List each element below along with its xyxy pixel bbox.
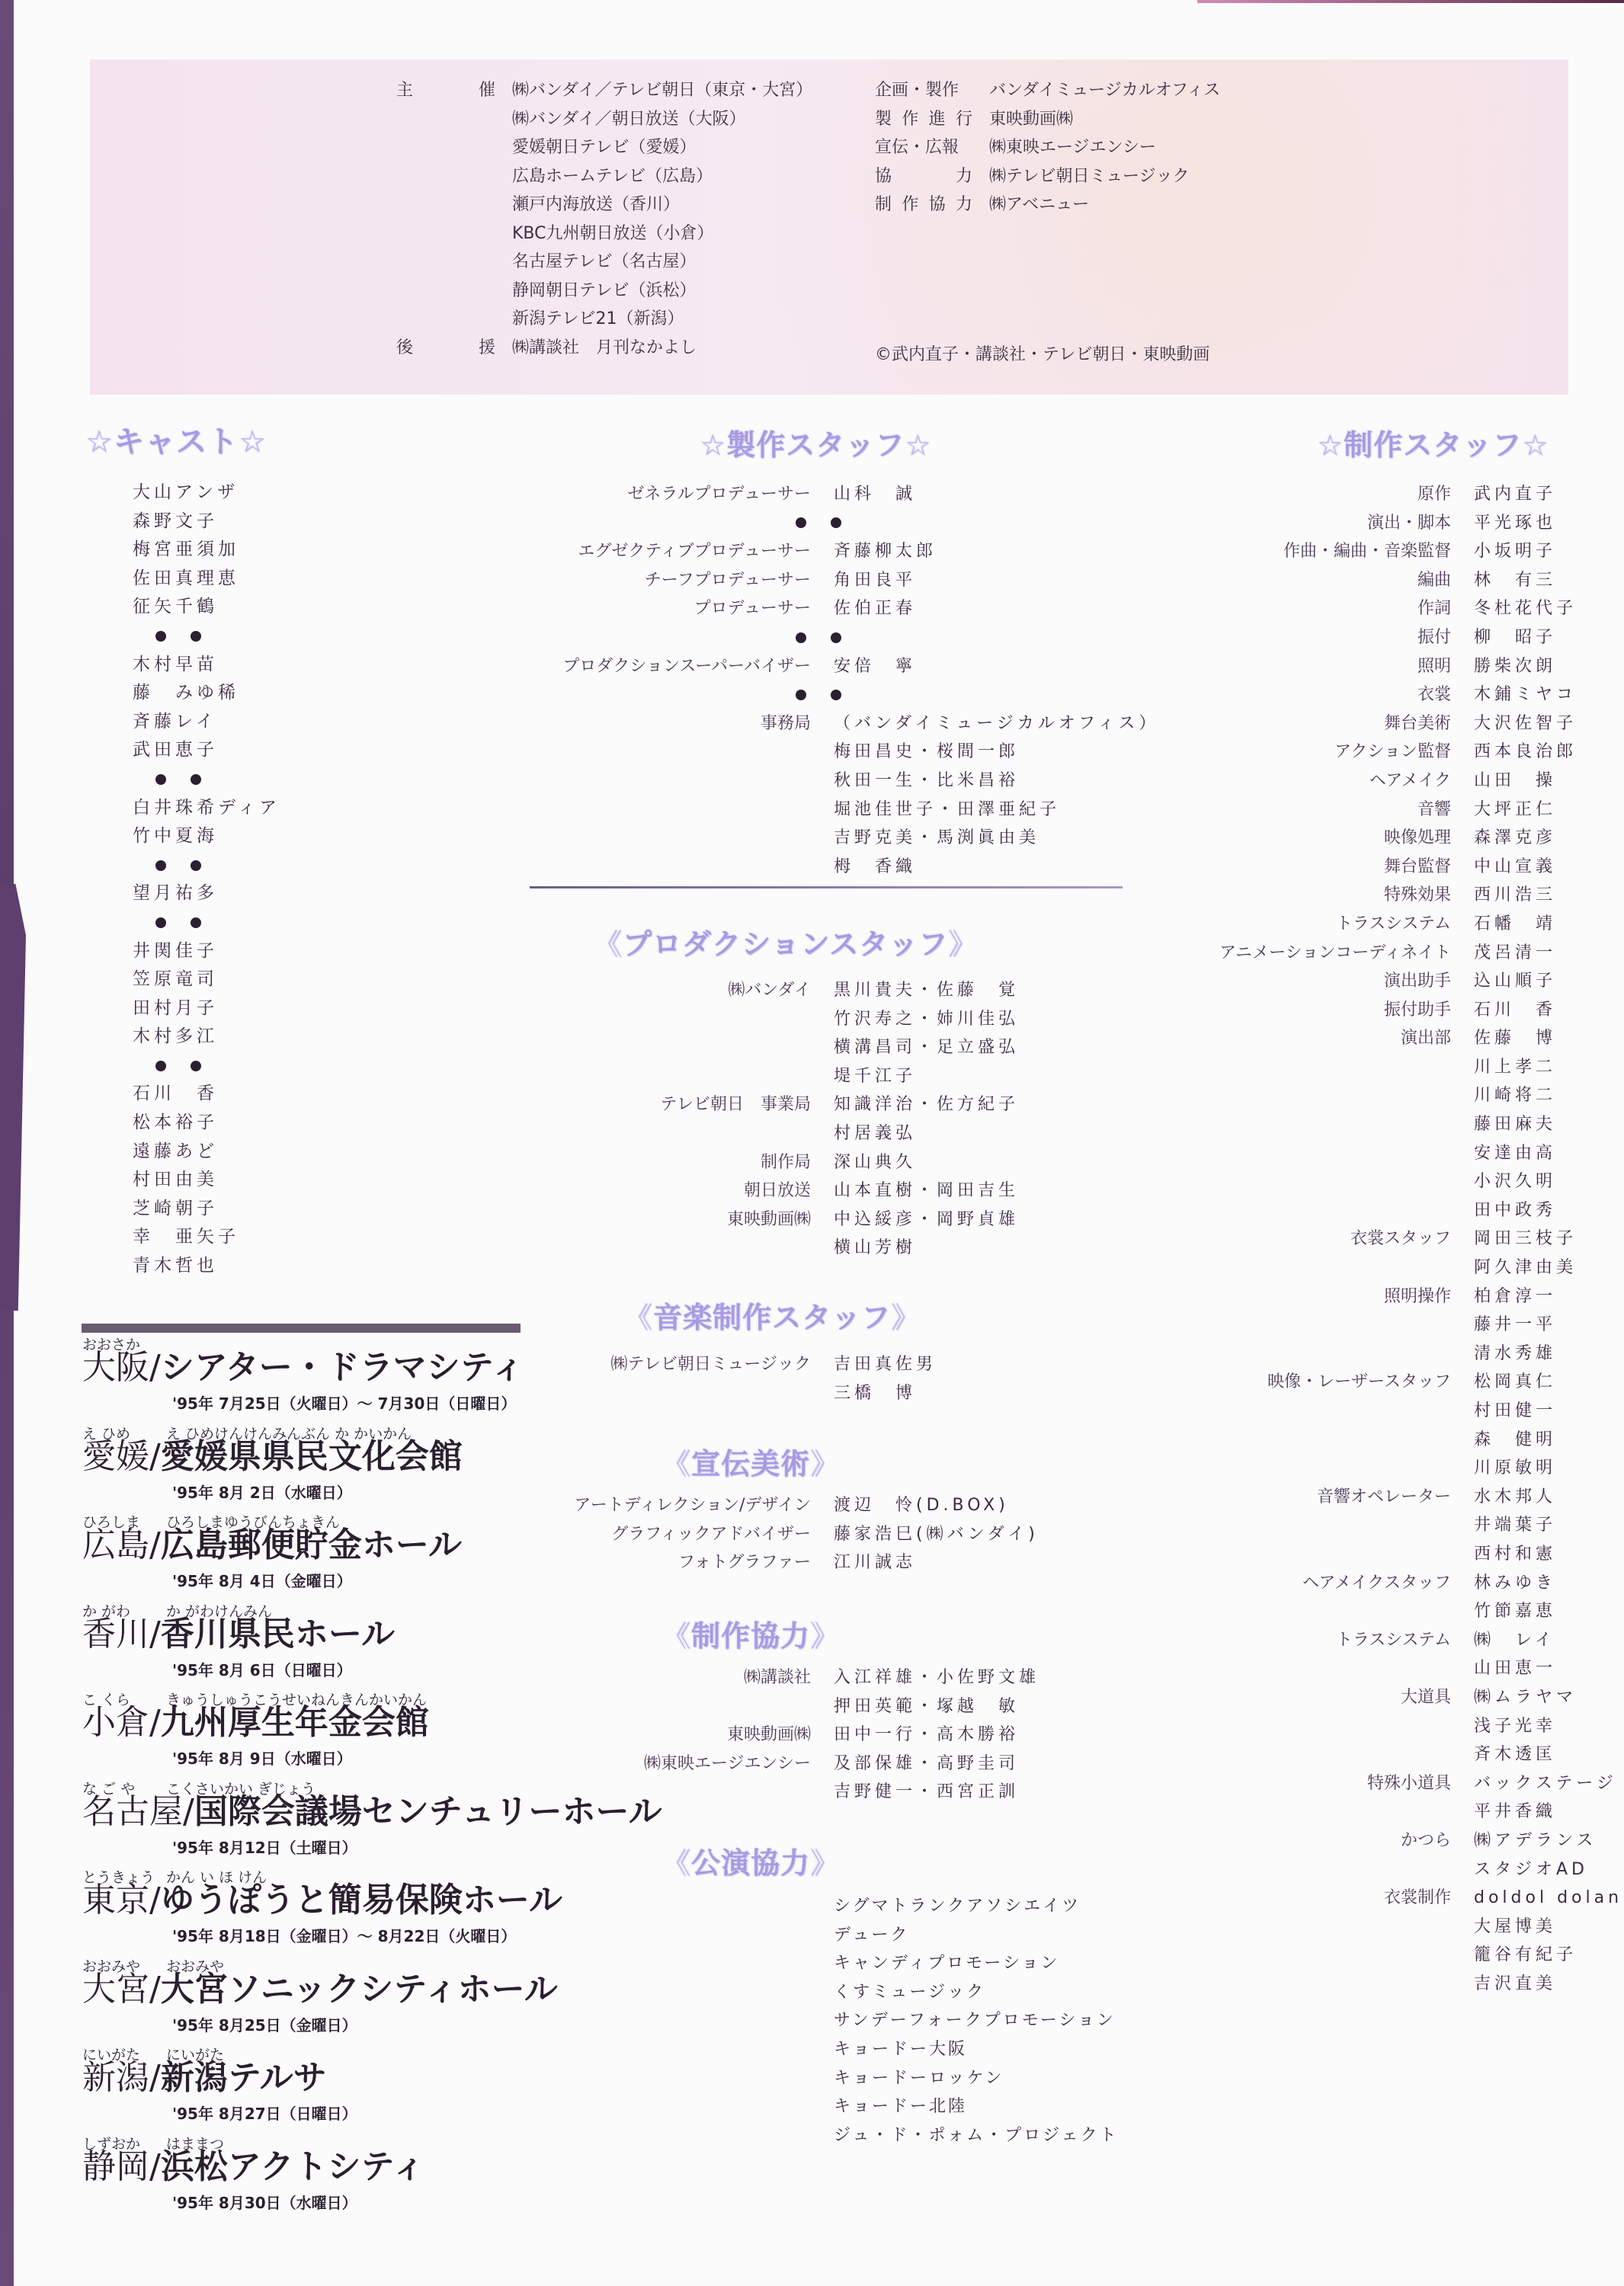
staff-name: ㈱アデランス	[1474, 1827, 1597, 1855]
music-staff-list: ㈱テレビ朝日ミュージック吉田真佐男三橋 博	[526, 1350, 937, 1407]
staff-name: 石幡 靖	[1474, 910, 1556, 939]
staff-name: 川原敏明	[1474, 1454, 1556, 1483]
venue-slash: /	[149, 2058, 161, 2097]
staff-row: 吉野克美・馬渕眞由美	[526, 824, 1159, 853]
staff-row: チーフプロデューサー角田良平	[526, 566, 1159, 595]
top-edge-bar	[1197, 0, 1624, 3]
staff-name: 井端葉子	[1474, 1511, 1556, 1540]
staff-role: 映像処理	[1174, 824, 1451, 853]
cast-member: 田村月子	[133, 994, 280, 1023]
staff-role: テレビ朝日 事業局	[526, 1090, 811, 1119]
staff-row: 事務局（バンダイミュージカルオフィス）	[526, 709, 1159, 738]
cast-member: 芝崎朝子	[133, 1195, 280, 1224]
cast-list: 大山アンザ森野文子梅宮亜須加佐田真理恵征矢千鶴木村早苗藤 みゆ稀斉藤レイ武田恵子…	[133, 479, 280, 1281]
staff-name: 梅田昌史・桜間一郎	[834, 738, 1019, 767]
cast-title: ☆キャスト☆	[85, 418, 267, 461]
sponsor-role-char: 援	[479, 334, 495, 363]
sponsor-role: 制作協力	[875, 190, 972, 219]
sponsor-value: バンダイミュージカルオフィス	[989, 76, 1220, 105]
venue-slash: /	[149, 1348, 161, 1387]
staff-row: 浅子光幸	[1174, 1712, 1624, 1741]
venue-city: 広島	[82, 1526, 149, 1564]
sponsor-role-char: 協	[929, 190, 946, 219]
staff-row: プロデューサー佐伯正春	[526, 594, 1159, 623]
cast-member: 遠藤あど	[133, 1138, 280, 1167]
cast-member: 斉藤レイ	[133, 708, 280, 737]
staff-row: 堤千江子	[526, 1062, 1019, 1091]
staff-row: 小沢久明	[1174, 1167, 1624, 1196]
staff-row: 映像・レーザースタッフ松岡真仁	[1174, 1368, 1624, 1397]
production-staff-list: ゼネラルプロデューサー山科 誠エグゼクティブプロデューサー斉藤柳太郎チーフプロデ…	[526, 480, 1159, 881]
sponsor-role: 製作進行	[875, 105, 972, 134]
staff-role: 朝日放送	[526, 1177, 811, 1205]
staff-role: 音響	[1174, 796, 1451, 824]
staff-name: 中込綏彦・岡野貞雄	[834, 1205, 1019, 1234]
staff-name: 横山芳樹	[834, 1234, 916, 1263]
staff-name: doldol dolani	[1474, 1884, 1624, 1913]
venue-city: 大阪	[82, 1348, 149, 1387]
staff-name: 吉野克美・馬渕眞由美	[834, 824, 1039, 853]
staff-name: 松岡真仁	[1474, 1368, 1556, 1397]
cast-member: 佐田真理恵	[133, 565, 280, 594]
venue-city: 香川	[82, 1615, 149, 1654]
staff-row: ヘアメイク山田 操	[1174, 767, 1624, 796]
staff-row: 演出部佐藤 博	[1174, 1024, 1624, 1053]
staff-row: 堀池佳世子・田澤亜紀子	[526, 796, 1159, 824]
staff-role: 振付助手	[1174, 996, 1451, 1025]
staff-role: アニメーションコーディネイト	[1174, 939, 1451, 968]
sponsor-role	[396, 248, 512, 277]
staff-role: 作曲・編曲・音楽監督	[1174, 537, 1451, 566]
staff-role: 大道具	[1174, 1683, 1451, 1712]
staff-role: チーフプロデューサー	[526, 566, 811, 595]
staff-role	[526, 1692, 811, 1721]
star-icon: ☆	[85, 424, 114, 459]
staff-name: 勝柴次朗	[1474, 652, 1556, 681]
venue-hall: 大宮ソニックシティホール	[161, 1970, 558, 2009]
staff-row: 音響オペレーター水木邦人	[1174, 1483, 1624, 1512]
staff-name: 森澤克彦	[1474, 824, 1556, 853]
staff-role: トラスシステム	[1174, 1626, 1451, 1655]
staff-row: 衣裳木鋪ミヤコ	[1174, 680, 1624, 709]
staff-row: ゼネラルプロデューサー山科 誠	[526, 480, 1159, 509]
staff-name: 籠谷有紀子	[1474, 1941, 1577, 1970]
staff-role: 事務局	[526, 709, 811, 738]
staff-name: 横溝昌司・足立盛弘	[834, 1033, 1019, 1062]
dot-icon	[155, 917, 166, 928]
staff-row: 映像処理森澤克彦	[1174, 824, 1624, 853]
venue-slash: /	[149, 1615, 161, 1654]
staff-row: 川上孝二	[1174, 1053, 1624, 1082]
venue-entry: おおみやおおみや大宮/大宮ソニックシティホール'95年 8月25日（金曜日）	[82, 1955, 540, 2044]
staff-role	[1174, 1311, 1451, 1340]
venue-name: 愛媛/愛媛県県民文化会館	[82, 1436, 463, 1478]
cast-member: 村田由美	[133, 1166, 280, 1195]
staff-row: 藤井一平	[1174, 1311, 1624, 1340]
staff-name: 藤家浩巳(㈱バンダイ)	[834, 1520, 1039, 1549]
production-staff-title: ☆製作スタッフ☆	[700, 421, 931, 463]
venue-slash: /	[149, 2147, 161, 2186]
venue-hall: 香川県民ホール	[161, 1615, 395, 1654]
staff-role: 衣裳スタッフ	[1174, 1225, 1451, 1253]
sponsor-value: 名古屋テレビ（名古屋）	[512, 248, 697, 277]
sponsor-role-char: 力	[956, 190, 972, 219]
staff-role: ゼネラルプロデューサー	[526, 480, 811, 509]
venue-slash: /	[149, 1970, 161, 2009]
performance-cooperation-title: 《公演協力》	[661, 1839, 840, 1881]
staff-role	[1174, 1597, 1451, 1626]
staff-row: アートディレクション/デザイン渡辺 怜(D.BOX)	[526, 1491, 1039, 1520]
staff-name: 押田英範・塚越 敏	[834, 1692, 1019, 1721]
staff-name: 吉田真佐男	[834, 1350, 937, 1379]
venue-city: 愛媛	[82, 1437, 149, 1476]
staff-row: 川崎将二	[1174, 1081, 1624, 1110]
staff-name: ㈱ レイ	[1474, 1626, 1555, 1655]
copyright-notice: ©武内直子・講談社・テレビ朝日・東映動画	[875, 341, 1210, 365]
staff-role: ㈱講談社	[526, 1663, 811, 1692]
venue-date: '95年 8月 4日（金曜日）	[172, 1569, 352, 1591]
venue-date: '95年 8月18日（金曜日）～ 8月22日（火曜日）	[172, 1924, 516, 1946]
sponsor-role-char: 主	[396, 76, 413, 105]
cast-member: 藤 みゆ稀	[133, 679, 280, 708]
sponsor-role-char: 制	[875, 190, 892, 219]
staff-name: 平光琢也	[1474, 509, 1556, 538]
staff-row: 特殊小道具バックステージ	[1174, 1769, 1624, 1798]
staff-name: 三橋 博	[834, 1379, 916, 1408]
staff-role	[526, 1033, 811, 1062]
staff-row: 原作武内直子	[1174, 480, 1624, 509]
staff-row: 山田恵一	[1174, 1654, 1624, 1683]
staff-role: プロデューサー	[526, 594, 811, 623]
dot-icon	[191, 631, 201, 642]
staff-role	[1174, 1139, 1451, 1168]
staff-role	[526, 853, 811, 882]
dot-icon	[796, 690, 806, 700]
venue-hall: 浜松アクトシティ	[161, 2147, 425, 2186]
venue-name: 香川/香川県民ホール	[82, 1614, 395, 1655]
sponsor-value: ㈱バンダイ／テレビ朝日（東京・大宮）	[512, 76, 812, 105]
sponsor-row: 製作進行東映動画㈱	[875, 105, 1220, 134]
staff-row: トラスシステム㈱ レイ	[1174, 1626, 1624, 1655]
promo-art-title: 《宣伝美術》	[661, 1440, 840, 1482]
cooperation-company: キョードー大阪	[834, 2035, 1119, 2064]
staff-row: 音響大坪正仁	[1174, 796, 1624, 824]
staff-role	[1174, 1654, 1451, 1683]
sponsor-role-char: 進	[929, 105, 946, 134]
staff-name: 黒川貴夫・佐藤 覚	[834, 976, 1019, 1005]
sponsor-value: 瀬戸内海放送（香川）	[512, 190, 680, 219]
staff-role: 映像・レーザースタッフ	[1174, 1368, 1451, 1397]
staff-row: スタジオAD	[1174, 1855, 1624, 1884]
staff-row: 制作局深山典久	[526, 1148, 1019, 1177]
staff-row: 三橋 博	[526, 1379, 937, 1408]
staff-row: 朝日放送山本直樹・岡田吉生	[526, 1177, 1019, 1205]
staff-name: 山本直樹・岡田吉生	[834, 1177, 1019, 1205]
sponsor-row: 広島ホームテレビ（広島）	[396, 162, 812, 191]
staff-row: プロダクションスーパーバイザー安倍 寧	[526, 652, 1159, 681]
venue-date: '95年 8月25日（金曜日）	[172, 2013, 357, 2035]
sponsor-credits-left: 主催㈱バンダイ／テレビ朝日（東京・大宮）㈱バンダイ／朝日放送（大阪）愛媛朝日テレ…	[396, 76, 812, 362]
staff-row: トラスシステム石幡 靖	[1174, 910, 1624, 939]
staff-name: 吉沢直美	[1474, 1970, 1556, 1999]
performance-cooperation-list: シグマトランクアソシエイツデュークキャンディプロモーションくすミュージックサンデ…	[834, 1892, 1119, 2150]
sponsor-role-char: 作	[902, 105, 918, 134]
sponsor-credits-right: 企画・製作バンダイミュージカルオフィス製作進行東映動画㈱宣伝・広報㈱東映エージエ…	[875, 76, 1220, 219]
venue-divider	[82, 1324, 521, 1333]
staff-name: 石川 香	[1474, 996, 1556, 1025]
cast-member: 笠原竜司	[133, 965, 280, 994]
venue-entry: な ご やこくさいかい ぎじょう名古屋/国際会議場センチュリーホール'95年 8…	[82, 1778, 540, 1867]
staff-role: 特殊小道具	[1174, 1769, 1451, 1798]
sponsor-role-char: 製	[875, 105, 892, 134]
cooperation-company: デューク	[834, 1921, 1119, 1950]
dot-icon	[831, 632, 841, 643]
sponsor-row: 宣伝・広報㈱東映エージエンシー	[875, 133, 1220, 162]
staff-role: 演出・脚本	[1174, 509, 1451, 538]
staff-name: 平井香織	[1474, 1798, 1556, 1827]
sponsor-role	[396, 219, 512, 248]
staff-role	[1174, 1196, 1451, 1225]
sponsor-row: 企画・製作バンダイミュージカルオフィス	[875, 76, 1220, 105]
staff-name: 安倍 寧	[834, 652, 916, 681]
staff-name: 込山順子	[1474, 967, 1556, 996]
star-icon: ☆	[1317, 428, 1344, 462]
venue-name: 東京/ゆうぽうと簡易保険ホール	[82, 1880, 562, 1921]
staff-role	[526, 767, 811, 796]
staff-row: 川原敏明	[1174, 1454, 1624, 1483]
venue-city: 東京	[82, 1881, 149, 1919]
venue-hall: 九州厚生年金会館	[161, 1703, 429, 1742]
cast-member: 井関佳子	[133, 937, 280, 966]
sponsor-row: 制作協力㈱アベニュー	[875, 190, 1220, 219]
staff-row: 斉木透匡	[1174, 1740, 1624, 1769]
separator-dots	[133, 851, 280, 880]
dot-icon	[155, 774, 166, 785]
staff-row: 西村和憲	[1174, 1540, 1624, 1569]
staff-name: 堀池佳世子・田澤亜紀子	[834, 796, 1060, 824]
staff-name: 林みゆき	[1474, 1569, 1556, 1598]
staff-name: 田中政秀	[1474, 1196, 1556, 1225]
staff-role: ㈱東映エージエンシー	[526, 1750, 811, 1779]
sponsor-value: 東映動画㈱	[989, 105, 1073, 134]
sponsor-role	[396, 133, 512, 162]
venue-entry: か がわか がわけんみん香川/香川県民ホール'95年 8月 6日（日曜日）	[82, 1600, 540, 1689]
staff-row: 衣裳スタッフ岡田三枝子	[1174, 1225, 1624, 1253]
staff-name: 川上孝二	[1474, 1053, 1556, 1082]
production-cooperation-title: 《制作協力》	[661, 1612, 840, 1654]
creative-staff-list: 原作武内直子演出・脚本平光琢也作曲・編曲・音楽監督小坂明子編曲林 有三作詞冬杜花…	[1174, 480, 1624, 1998]
separator-dots	[133, 1052, 280, 1081]
staff-role	[1174, 1253, 1451, 1282]
venue-date: '95年 8月27日（日曜日）	[172, 2102, 357, 2124]
cast-member: 望月祐多	[133, 879, 280, 908]
staff-name: 田中一行・高木勝裕	[834, 1721, 1019, 1750]
staff-name: 清水秀雄	[1474, 1340, 1556, 1369]
sponsor-row: 愛媛朝日テレビ（愛媛）	[396, 133, 812, 162]
sponsor-row: 静岡朝日テレビ（浜松）	[396, 277, 812, 306]
separator-dots	[133, 765, 280, 794]
venue-hall: シアター・ドラマシティ	[161, 1348, 524, 1387]
staff-role: 演出助手	[1174, 967, 1451, 996]
staff-role	[526, 1379, 811, 1408]
venue-hall: 国際会議場センチュリーホール	[194, 1792, 662, 1831]
staff-name: 西村和憲	[1474, 1540, 1556, 1569]
staff-name: 秋田一生・比米昌裕	[834, 767, 1019, 796]
sponsor-row: 協力㈱テレビ朝日ミュージック	[875, 162, 1220, 191]
sponsor-value: 新潟テレビ21（新潟）	[512, 305, 684, 334]
cast-member: 青木哲也	[133, 1252, 280, 1281]
staff-name: 村居義弘	[834, 1119, 916, 1148]
sponsor-row: 新潟テレビ21（新潟）	[396, 305, 812, 334]
staff-name: 安達由高	[1474, 1139, 1556, 1168]
staff-role: 振付	[1174, 623, 1451, 652]
staff-row: エグゼクティブプロデューサー斉藤柳太郎	[526, 537, 1159, 566]
sponsor-panel	[90, 59, 1568, 395]
production-company-staff-title: 《プロダクションスタッフ》	[593, 920, 978, 962]
sponsor-value: ㈱バンダイ／朝日放送（大阪）	[512, 105, 746, 134]
production-cooperation-list: ㈱講談社入江祥雄・小佐野文雄押田英範・塚越 敏東映動画㈱田中一行・高木勝裕㈱東映…	[526, 1663, 1039, 1807]
staff-role: 演出部	[1174, 1024, 1451, 1053]
staff-row: 演出・脚本平光琢也	[1174, 509, 1624, 538]
dot-icon	[155, 1061, 166, 1071]
staff-name: 及部保雄・高野圭司	[834, 1750, 1019, 1779]
cast-member: 武田恵子	[133, 736, 280, 765]
staff-row: 照明操作柏倉淳一	[1174, 1282, 1624, 1311]
venue-entry: おおさか大阪/シアター・ドラマシティ'95年 7月25日（火曜日）～ 7月30日…	[82, 1333, 540, 1423]
staff-role: ㈱バンダイ	[526, 976, 811, 1005]
venue-name: 大宮/大宮ソニックシティホール	[82, 1969, 558, 2010]
staff-row: 吉沢直美	[1174, 1970, 1624, 1999]
staff-name: バックステージ	[1474, 1769, 1617, 1798]
venue-entry: しずおかはままつ静岡/浜松アクトシティ'95年 8月30日（水曜日）	[82, 2133, 540, 2222]
star-icon: ☆	[700, 428, 726, 462]
staff-name: 阿久津由美	[1474, 1253, 1577, 1282]
sponsor-value: ㈱東映エージエンシー	[989, 133, 1156, 162]
cast-member: 竹中夏海	[133, 822, 280, 851]
staff-name: 山科 誠	[834, 480, 916, 509]
staff-role: 制作局	[526, 1148, 811, 1177]
staff-name: 大屋博美	[1474, 1913, 1556, 1942]
staff-row: 横溝昌司・足立盛弘	[526, 1033, 1019, 1062]
staff-row: 清水秀雄	[1174, 1340, 1624, 1369]
staff-name: ㈱ムラヤマ	[1474, 1683, 1577, 1712]
staff-role: 照明	[1174, 652, 1451, 681]
staff-name: 冬杜花代子	[1474, 594, 1577, 623]
sponsor-value: ㈱テレビ朝日ミュージック	[989, 162, 1190, 191]
staff-row: アクション監督西本良治郎	[1174, 738, 1624, 767]
staff-name: 柳 昭子	[1474, 623, 1556, 652]
staff-role: プロダクションスーパーバイザー	[526, 652, 811, 681]
staff-name: 大坪正仁	[1474, 796, 1556, 824]
staff-row: テレビ朝日 事業局知識洋治・佐方紀子	[526, 1090, 1019, 1119]
staff-role	[1174, 1712, 1451, 1741]
staff-name: 竹沢寿之・姉川佳弘	[834, 1005, 1019, 1034]
staff-row: ㈱講談社入江祥雄・小佐野文雄	[526, 1663, 1039, 1692]
venue-date: '95年 8月12日（土曜日）	[172, 1836, 357, 1858]
staff-name: 水木邦人	[1474, 1483, 1556, 1512]
staff-row: かつら㈱アデランス	[1174, 1827, 1624, 1855]
staff-name: 斉木透匡	[1474, 1740, 1556, 1769]
binding-spine-edge	[0, 884, 26, 1311]
staff-row: 竹節嘉恵	[1174, 1597, 1624, 1626]
staff-role	[1174, 1081, 1451, 1110]
staff-row: 押田英範・塚越 敏	[526, 1692, 1039, 1721]
staff-name: 竹節嘉恵	[1474, 1597, 1556, 1626]
staff-name: 藤田麻夫	[1474, 1110, 1556, 1139]
staff-role	[1174, 1798, 1451, 1827]
venue-date: '95年 7月25日（火曜日）～ 7月30日（日曜日）	[172, 1391, 516, 1414]
staff-name: 武内直子	[1474, 480, 1556, 509]
venue-date: '95年 8月 2日（水曜日）	[172, 1481, 352, 1503]
staff-role	[526, 1119, 811, 1148]
staff-role: アクション監督	[1174, 738, 1451, 767]
venue-name: 名古屋/国際会議場センチュリーホール	[82, 1791, 662, 1833]
separator-dots	[133, 622, 280, 651]
staff-role	[1174, 1511, 1451, 1540]
cast-member: 梅宮亜須加	[133, 536, 280, 565]
staff-row: 横山芳樹	[526, 1234, 1019, 1263]
dot-icon	[191, 1061, 201, 1071]
staff-row: 田中政秀	[1174, 1196, 1624, 1225]
venue-city: 小倉	[82, 1703, 149, 1742]
tour-schedule: おおさか大阪/シアター・ドラマシティ'95年 7月25日（火曜日）～ 7月30日…	[82, 1333, 540, 2221]
section-divider	[530, 886, 1123, 888]
music-staff-title: 《音楽制作スタッフ》	[623, 1294, 921, 1336]
staff-row: 振付柳 昭子	[1174, 623, 1624, 652]
staff-name: 西本良治郎	[1474, 738, 1577, 767]
sponsor-role-char: 催	[479, 76, 495, 105]
production-company-staff-list: ㈱バンダイ黒川貴夫・佐藤 覚竹沢寿之・姉川佳弘横溝昌司・足立盛弘堤千江子テレビ朝…	[526, 976, 1019, 1263]
separator-dots	[526, 680, 1159, 709]
staff-role: 衣裳制作	[1174, 1884, 1451, 1913]
staff-row: 大屋博美	[1174, 1913, 1624, 1942]
staff-name: 林 有三	[1474, 566, 1556, 595]
staff-role: 原作	[1174, 480, 1451, 509]
venue-slash: /	[149, 1437, 161, 1476]
venue-city: 静岡	[82, 2147, 149, 2186]
staff-row: 井端葉子	[1174, 1511, 1624, 1540]
staff-role	[1174, 1340, 1451, 1369]
cooperation-company: くすミュージック	[834, 1978, 1119, 2007]
venue-entry: にいがたにいがた新潟/新潟テルサ'95年 8月27日（日曜日）	[82, 2044, 540, 2133]
staff-role: 東映動画㈱	[526, 1205, 811, 1234]
staff-row: グラフィックアドバイザー藤家浩巳(㈱バンダイ)	[526, 1520, 1039, 1549]
staff-role	[1174, 1970, 1451, 1999]
staff-role	[1174, 1454, 1451, 1483]
venue-name: 静岡/浜松アクトシティ	[82, 2147, 425, 2188]
staff-name: 西川浩三	[1474, 881, 1556, 910]
venue-hall: 愛媛県県民文化会館	[161, 1437, 463, 1476]
staff-role: 編曲	[1174, 566, 1451, 595]
cooperation-company: キャンディプロモーション	[834, 1949, 1119, 1978]
venue-name: 新潟/新潟テルサ	[82, 2057, 327, 2099]
staff-name: 山田恵一	[1474, 1654, 1556, 1683]
staff-name: 佐藤 博	[1474, 1024, 1556, 1053]
sponsor-role-char: 後	[396, 334, 413, 363]
staff-role: フォトグラファー	[526, 1548, 811, 1577]
dot-icon	[155, 631, 166, 642]
cast-member: 森野文子	[133, 507, 280, 536]
staff-name: 浅子光幸	[1474, 1712, 1556, 1741]
staff-name: 岡田三枝子	[1474, 1225, 1577, 1253]
dot-icon	[191, 917, 201, 928]
staff-name: 渡辺 怜(D.BOX)	[834, 1491, 1009, 1520]
staff-name: 入江祥雄・小佐野文雄	[834, 1663, 1039, 1692]
sponsor-role: 宣伝・広報	[875, 133, 989, 162]
staff-row: 梅田昌史・桜間一郎	[526, 738, 1159, 767]
sponsor-value: 愛媛朝日テレビ（愛媛）	[512, 133, 697, 162]
staff-role: 東映動画㈱	[526, 1721, 811, 1750]
